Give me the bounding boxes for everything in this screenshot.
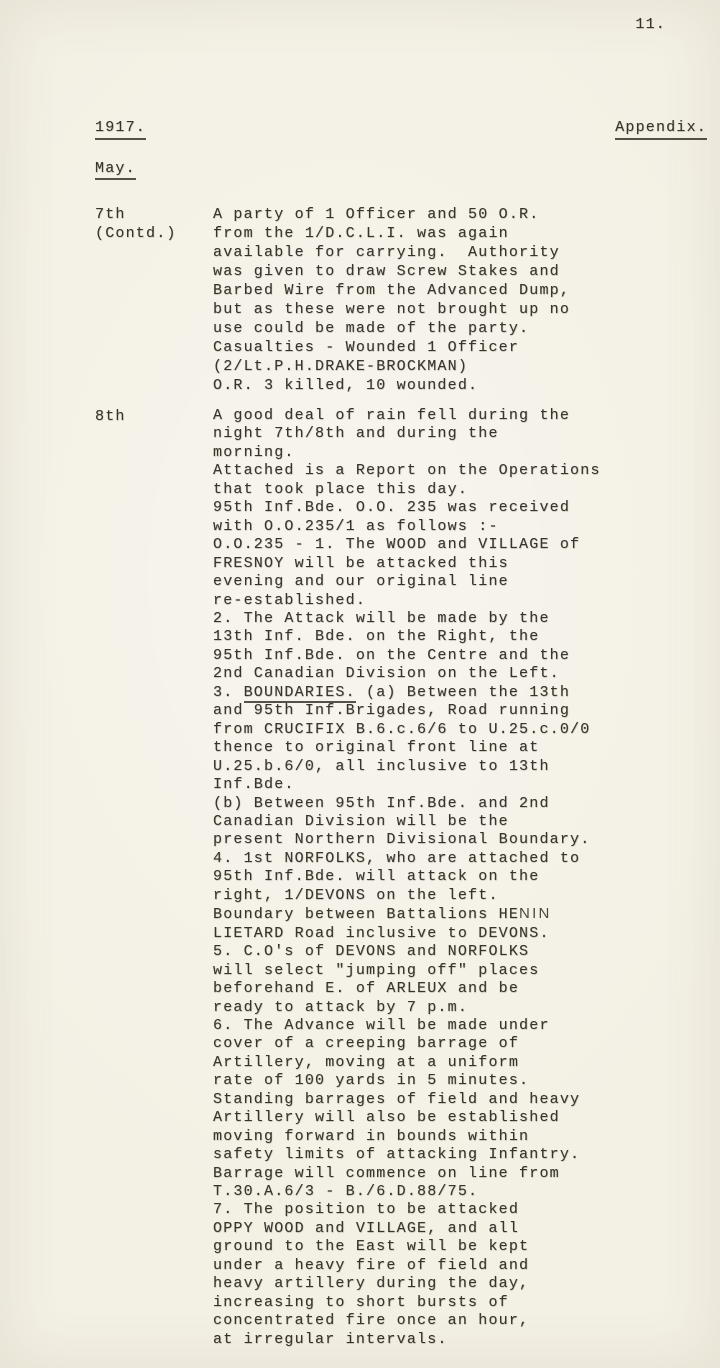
typed-line: 95th Inf.Bde. O.O. 235 was received <box>213 499 707 517</box>
typed-text: LIETARD Road inclusive to DEVONS. <box>213 925 550 942</box>
typed-line: 5. C.O's of DEVONS and NORFOLKS <box>213 943 707 961</box>
typed-text: increasing to short bursts of <box>213 1294 509 1311</box>
underlined-text: BOUNDARIES. <box>244 684 356 704</box>
typed-line: but as these were not brought up no <box>213 300 707 319</box>
typed-line: ground to the East will be kept <box>213 1238 707 1256</box>
typed-text: from CRUCIFIX B.6.c.6/6 to U.25.c.0/0 <box>213 721 590 738</box>
typed-line: available for carrying. Authority <box>213 243 707 262</box>
typed-text: A good deal of rain fell during the <box>213 407 570 424</box>
entry-date: 8th <box>95 407 213 426</box>
typed-line: right, 1/DEVONS on the left. <box>213 887 707 905</box>
typed-text: Canadian Division will be the <box>213 813 509 830</box>
typed-text: will select "jumping off" places <box>213 962 539 979</box>
typed-text: O.O.235 - 1. The WOOD and VILLAGE of <box>213 536 580 553</box>
typed-text: Casualties - Wounded 1 Officer <box>213 339 519 356</box>
typed-text: FRESNOY will be attacked this <box>213 555 509 572</box>
typed-line: Boundary between Battalions HENIN <box>213 905 707 924</box>
scanned-document-page: 11. 1917. Appendix. May. 7th(Contd.)A pa… <box>0 0 720 1368</box>
typed-text: (b) Between 95th Inf.Bde. and 2nd <box>213 795 550 812</box>
typed-text: safety limits of attacking Infantry. <box>213 1146 580 1163</box>
diary-entries: 7th(Contd.)A party of 1 Officer and 50 O… <box>95 205 707 1349</box>
typed-line: Casualties - Wounded 1 Officer <box>213 338 707 357</box>
typed-text: night 7th/8th and during the <box>213 425 499 442</box>
typed-line: 95th Inf.Bde. will attack on the <box>213 868 707 886</box>
typed-line: cover of a creeping barrage of <box>213 1035 707 1053</box>
typed-line: 13th Inf. Bde. on the Right, the <box>213 628 707 646</box>
typed-text: 2. The Attack will be made by the <box>213 610 550 627</box>
typed-line: concentrated fire once an hour, <box>213 1312 707 1330</box>
typed-text: concentrated fire once an hour, <box>213 1312 529 1329</box>
typed-line: 7. The position to be attacked <box>213 1201 707 1219</box>
typed-text: (a) Between the 13th <box>356 684 570 701</box>
typed-text: 4. 1st NORFOLKS, who are attached to <box>213 850 580 867</box>
typed-text: use could be made of the party. <box>213 320 529 337</box>
typed-line: Barbed Wire from the Advanced Dump, <box>213 281 707 300</box>
typed-text: OPPY WOOD and VILLAGE, and all <box>213 1220 519 1237</box>
typed-text: 2nd Canadian Division on the Left. <box>213 665 560 682</box>
typed-line: OPPY WOOD and VILLAGE, and all <box>213 1220 707 1238</box>
typed-text: 13th Inf. Bde. on the Right, the <box>213 628 539 645</box>
typed-text: re-established. <box>213 592 366 609</box>
month-label: May. <box>95 160 136 180</box>
typed-line: T.30.A.6/3 - B./6.D.88/75. <box>213 1183 707 1201</box>
typed-text: under a heavy fire of field and <box>213 1257 529 1274</box>
typed-text: with O.O.235/1 as follows :- <box>213 518 499 535</box>
typed-line: use could be made of the party. <box>213 319 707 338</box>
typed-text: 7. The position to be attacked <box>213 1201 519 1218</box>
diary-entry: 7th(Contd.)A party of 1 Officer and 50 O… <box>95 205 707 395</box>
typed-text: (2/Lt.P.H.DRAKE-BROCKMAN) <box>213 358 468 375</box>
typed-text: ready to attack by 7 p.m. <box>213 999 468 1016</box>
typed-text: Barrage will commence on line from <box>213 1165 560 1182</box>
entry-body: A good deal of rain fell during thenight… <box>213 407 707 1349</box>
typed-text: 95th Inf.Bde. on the Centre and the <box>213 647 570 664</box>
typed-line: 2. The Attack will be made by the <box>213 610 707 628</box>
typed-line: at irregular intervals. <box>213 1331 707 1349</box>
typed-text: at irregular intervals. <box>213 1331 448 1348</box>
typed-text: right, 1/DEVONS on the left. <box>213 887 499 904</box>
typed-text: thence to original front line at <box>213 739 539 756</box>
typed-text: Artillery will also be established <box>213 1109 560 1126</box>
entry-date-line: (Contd.) <box>95 224 213 243</box>
typed-text: 95th Inf.Bde. O.O. 235 was received <box>213 499 570 516</box>
typed-text: 3. <box>213 684 244 701</box>
typed-text: A party of 1 Officer and 50 O.R. <box>213 206 539 223</box>
typed-line: thence to original front line at <box>213 739 707 757</box>
typed-line: A good deal of rain fell during the <box>213 407 707 425</box>
typed-text: from the 1/D.C.L.I. was again <box>213 225 509 242</box>
typed-line: that took place this day. <box>213 481 707 499</box>
typed-line: Artillery, moving at a uniform <box>213 1054 707 1072</box>
appendix-label: Appendix. <box>615 118 707 140</box>
diary-entry: 8thA good deal of rain fell during theni… <box>95 407 707 1349</box>
typed-text: T.30.A.6/3 - B./6.D.88/75. <box>213 1183 478 1200</box>
typed-line: from CRUCIFIX B.6.c.6/6 to U.25.c.0/0 <box>213 721 707 739</box>
typed-line: rate of 100 yards in 5 minutes. <box>213 1072 707 1090</box>
typed-line: morning. <box>213 444 707 462</box>
typed-text: that took place this day. <box>213 481 468 498</box>
typed-text: Standing barrages of field and heavy <box>213 1091 580 1108</box>
typed-text: rate of 100 yards in 5 minutes. <box>213 1072 529 1089</box>
year-label: 1917. <box>95 118 146 140</box>
page-content: 1917. Appendix. May. 7th(Contd.)A party … <box>0 0 720 1349</box>
typed-line: FRESNOY will be attacked this <box>213 555 707 573</box>
typed-text: and 95th Inf.Brigades, Road running <box>213 702 570 719</box>
typed-line: O.R. 3 killed, 10 wounded. <box>213 376 707 395</box>
typed-text: Artillery, moving at a uniform <box>213 1054 519 1071</box>
typed-text: was given to draw Screw Stakes and <box>213 263 560 280</box>
typed-line: safety limits of attacking Infantry. <box>213 1146 707 1164</box>
page-number: 11. <box>635 16 666 33</box>
typed-line: 2nd Canadian Division on the Left. <box>213 665 707 683</box>
typed-text: cover of a creeping barrage of <box>213 1035 519 1052</box>
typed-line: (b) Between 95th Inf.Bde. and 2nd <box>213 795 707 813</box>
typed-line: ready to attack by 7 p.m. <box>213 999 707 1017</box>
month-row: May. <box>95 159 707 178</box>
typed-text: ground to the East will be kept <box>213 1238 529 1255</box>
typed-line: under a heavy fire of field and <box>213 1257 707 1275</box>
typed-line: Standing barrages of field and heavy <box>213 1091 707 1109</box>
typed-line: LIETARD Road inclusive to DEVONS. <box>213 925 707 943</box>
typed-line: 4. 1st NORFOLKS, who are attached to <box>213 850 707 868</box>
typed-line: evening and our original line <box>213 573 707 591</box>
typed-text: beforehand E. of ARLEUX and be <box>213 980 519 997</box>
typed-line: beforehand E. of ARLEUX and be <box>213 980 707 998</box>
typed-line: was given to draw Screw Stakes and <box>213 262 707 281</box>
typed-line: re-established. <box>213 592 707 610</box>
typed-text: 6. The Advance will be made under <box>213 1017 550 1034</box>
entry-date-line: 8th <box>95 407 213 426</box>
typed-line: with O.O.235/1 as follows :- <box>213 518 707 536</box>
typed-line: A party of 1 Officer and 50 O.R. <box>213 205 707 224</box>
typed-text: Boundary between Battalions HE <box>213 906 519 923</box>
entry-date: 7th(Contd.) <box>95 205 213 243</box>
typed-line: moving forward in bounds within <box>213 1128 707 1146</box>
typed-text: moving forward in bounds within <box>213 1128 529 1145</box>
typed-line: 3. BOUNDARIES. (a) Between the 13th <box>213 684 707 702</box>
typed-text: available for carrying. Authority <box>213 244 560 261</box>
typed-line: Attached is a Report on the Operations <box>213 462 707 480</box>
typed-line: O.O.235 - 1. The WOOD and VILLAGE of <box>213 536 707 554</box>
typed-line: Artillery will also be established <box>213 1109 707 1127</box>
entry-date-line: 7th <box>95 205 213 224</box>
typed-line: heavy artillery during the day, <box>213 1275 707 1293</box>
typed-line: Inf.Bde. <box>213 776 707 794</box>
typed-text: present Northern Divisional Boundary. <box>213 831 590 848</box>
typed-text: O.R. 3 killed, 10 wounded. <box>213 377 478 394</box>
page-header: 1917. Appendix. <box>95 118 707 140</box>
typed-text: evening and our original line <box>213 573 509 590</box>
typed-line: 6. The Advance will be made under <box>213 1017 707 1035</box>
typed-line: Canadian Division will be the <box>213 813 707 831</box>
typed-line: night 7th/8th and during the <box>213 425 707 443</box>
typed-text: 5. C.O's of DEVONS and NORFOLKS <box>213 943 529 960</box>
typed-line: (2/Lt.P.H.DRAKE-BROCKMAN) <box>213 357 707 376</box>
entry-body: A party of 1 Officer and 50 O.R.from the… <box>213 205 707 395</box>
typed-text: 95th Inf.Bde. will attack on the <box>213 868 539 885</box>
typed-line: 95th Inf.Bde. on the Centre and the <box>213 647 707 665</box>
typed-line: U.25.b.6/0, all inclusive to 13th <box>213 758 707 776</box>
typed-line: and 95th Inf.Brigades, Road running <box>213 702 707 720</box>
typed-text: but as these were not brought up no <box>213 301 570 318</box>
inserted-text: NIN <box>519 905 551 922</box>
typed-text: Attached is a Report on the Operations <box>213 462 601 479</box>
typed-line: present Northern Divisional Boundary. <box>213 831 707 849</box>
typed-line: increasing to short bursts of <box>213 1294 707 1312</box>
typed-text: morning. <box>213 444 295 461</box>
typed-text: U.25.b.6/0, all inclusive to 13th <box>213 758 550 775</box>
typed-text: heavy artillery during the day, <box>213 1275 529 1292</box>
typed-text: Barbed Wire from the Advanced Dump, <box>213 282 570 299</box>
typed-line: from the 1/D.C.L.I. was again <box>213 224 707 243</box>
typed-line: Barrage will commence on line from <box>213 1165 707 1183</box>
typed-line: will select "jumping off" places <box>213 962 707 980</box>
typed-text: Inf.Bde. <box>213 776 295 793</box>
